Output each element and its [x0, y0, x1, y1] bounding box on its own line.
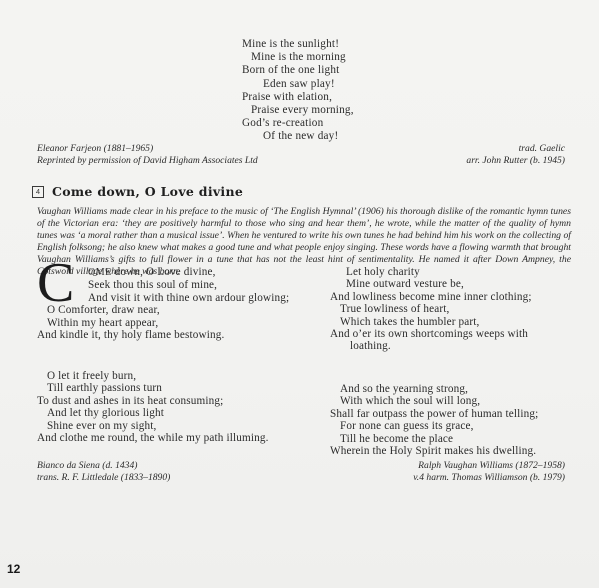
hymn-line: And clothe me round, the while my path i… [37, 432, 269, 444]
poem-line: Of the new day! [242, 130, 354, 143]
stanza-2: O let it freely burn, Till earthly passi… [37, 370, 269, 444]
poem-line: God’s re-creation [242, 117, 354, 130]
hymn-line: Shall far outpass the power of human tel… [330, 408, 538, 420]
hymn-line: Wherein the Holy Spirit makes his dwelli… [330, 445, 538, 457]
section-title: Come down, O Love divine [52, 184, 243, 199]
credit-line: Ralph Vaughan Williams (1872–1958) [413, 460, 565, 472]
credit-line: trad. Gaelic [466, 143, 565, 155]
hymn-line: loathing. [330, 340, 532, 352]
hymn-line: Till he become the place [330, 433, 538, 445]
hymn-line: And so the yearning strong, [330, 383, 538, 395]
track-number-badge: 4 [32, 186, 44, 198]
credit-line: Reprinted by permission of David Higham … [37, 155, 258, 167]
hymn-line: Let holy charity [330, 266, 532, 278]
hymn-line: And o’er its own shortcomings weeps with [330, 328, 532, 340]
credit-line: arr. John Rutter (b. 1945) [466, 155, 565, 167]
hymn-line: Till earthly passions turn [37, 382, 269, 394]
hymn-line: And visit it with thine own ardour glowi… [37, 292, 289, 304]
composer-credit: trad. Gaelic arr. John Rutter (b. 1945) [466, 143, 565, 167]
hymn-line: True lowliness of heart, [330, 303, 532, 315]
hymn-line: And lowliness become mine inner clothing… [330, 291, 532, 303]
poem-line: Eden saw play! [242, 78, 354, 91]
hymn-line: And kindle it, thy holy flame bestowing. [37, 329, 289, 341]
page-number: 12 [7, 562, 20, 576]
author-credit: Eleanor Farjeon (1881–1965) Reprinted by… [37, 143, 258, 167]
hymn-line: To dust and ashes in its heat consuming; [37, 395, 269, 407]
hymn-line: And let thy glorious light [37, 407, 269, 419]
poem-line: Praise every morning, [242, 104, 354, 117]
stanza-4: And so the yearning strong, With which t… [330, 383, 538, 457]
poem-line: Mine is the sunlight! [242, 38, 354, 51]
poem-line: Praise with elation, [242, 91, 354, 104]
credit-line: trans. R. F. Littledale (1833–1890) [37, 472, 170, 484]
first-word-caps: OME [88, 267, 112, 278]
hymn-line: Seek thou this soul of mine, [37, 279, 289, 291]
credit-line: Bianco da Siena (d. 1434) [37, 460, 170, 472]
section-header: 4 Come down, O Love divine [32, 184, 243, 199]
hymn-line: Which takes the humbler part, [330, 316, 532, 328]
hymn-line: Shine ever on my sight, [37, 420, 269, 432]
hymn-line: Within my heart appear, [37, 317, 289, 329]
hymn-line: OME down, O Love divine, [37, 266, 289, 279]
top-poem: Mine is the sunlight! Mine is the mornin… [242, 38, 354, 144]
hymn-line: O Comforter, draw near, [37, 304, 289, 316]
stanza-3: Let holy charity Mine outward vesture be… [330, 266, 532, 353]
poem-line: Mine is the morning [242, 51, 354, 64]
credit-line: v.4 harm. Thomas Williamson (b. 1979) [413, 472, 565, 484]
hymn-line: O let it freely burn, [37, 370, 269, 382]
poem-line: Born of the one light [242, 64, 354, 77]
stanza-1: OME down, O Love divine, Seek thou this … [37, 266, 289, 341]
hymn-line: For none can guess its grace, [330, 420, 538, 432]
booklet-page: Mine is the sunlight! Mine is the mornin… [0, 0, 599, 588]
composer-credit: Ralph Vaughan Williams (1872–1958) v.4 h… [413, 460, 565, 484]
first-line-rest: down, O Love divine, [112, 266, 216, 278]
credit-line: Eleanor Farjeon (1881–1965) [37, 143, 258, 155]
hymn-line: Mine outward vesture be, [330, 278, 532, 290]
author-credit: Bianco da Siena (d. 1434) trans. R. F. L… [37, 460, 170, 484]
hymn-line: With which the soul will long, [330, 395, 538, 407]
